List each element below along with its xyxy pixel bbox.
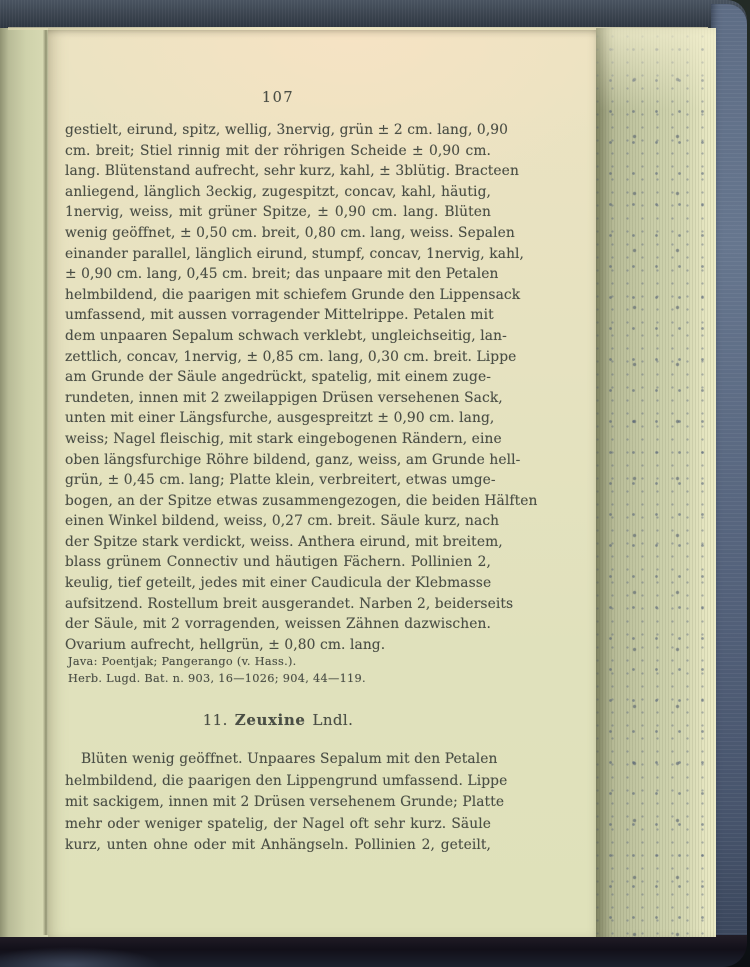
body-line: zettlich, concav, 1nervig, ± 0,85 cm. la… [65, 347, 491, 368]
body-line: Ovarium aufrecht, hellgrün, ± 0,80 cm. l… [65, 635, 491, 656]
scanned-book-photo: 107 gestielt, eirund, spitz, wellig, 3ne… [0, 0, 750, 967]
body-line: am Grunde der Säule angedrückt, spatelig… [65, 367, 491, 388]
body-line: blass grünem Connectiv und häutigen Fäch… [65, 552, 491, 573]
body-line: helmbildend, die paarigen mit schiefem G… [65, 285, 491, 306]
body-line: unten mit einer Längsfurche, ausgespreit… [65, 408, 491, 429]
body-line: 1nervig, weiss, mit grüner Spitze, ± 0,9… [65, 202, 491, 223]
body-line: der Spitze stark verdickt, weiss. Anther… [65, 532, 491, 553]
genus-section-heading: 11.ZeuxineLndl. [65, 711, 491, 733]
body-line: umfassend, mit aussen vorragender Mittel… [65, 305, 491, 326]
body-line: mit sackigem, innen mit 2 Drüsen versehe… [65, 792, 491, 814]
page-gutter-crease [43, 30, 48, 935]
body-line: keulig, tief geteilt, jedes mit einer Ca… [65, 573, 491, 594]
genus-description-paragraph: Blüten wenig geöffnet. Unpaares Sepalum … [65, 749, 491, 857]
body-line: rundeten, innen mit 2 zweilappigen Drüse… [65, 388, 491, 409]
book-cover-right-edge [711, 4, 747, 958]
body-line: helmbildend, die paarigen den Lippengrun… [65, 771, 491, 793]
author-abbreviation: Lndl. [312, 711, 353, 729]
species-description-paragraph: gestielt, eirund, spitz, wellig, 3nervig… [65, 120, 491, 655]
genus-name: Zeuxine [235, 711, 306, 729]
book-cover-bottom-edge [0, 935, 747, 967]
reference-line: Java: Poentjak; Pangerango (v. Hass.). [68, 654, 488, 671]
body-line: ± 0,90 cm. lang, 0,45 cm. breit; das unp… [65, 264, 491, 285]
locality-reference-block: Java: Poentjak; Pangerango (v. Hass.). H… [68, 654, 488, 687]
body-line: einander parallel, länglich eirund, stum… [65, 244, 491, 265]
book-cover-top-edge [0, 0, 747, 30]
body-line: Blüten wenig geöffnet. Unpaares Sepalum … [65, 749, 491, 771]
body-line: mehr oder weniger spatelig, der Nagel of… [65, 814, 491, 836]
body-line: kurz, unten ohne oder mit Anhängseln. Po… [65, 835, 491, 857]
body-line: der Säule, mit 2 vorragenden, weissen Zä… [65, 614, 491, 635]
heading-number: 11. [203, 711, 228, 729]
facing-page-edge [0, 28, 48, 937]
page-number: 107 [65, 90, 491, 106]
body-line: aufsitzend. Rostellum breit ausgerandet.… [65, 594, 491, 615]
body-line: anliegend, länglich 3eckig, zugespitzt, … [65, 182, 491, 203]
body-line: einen Winkel bildend, weiss, 0,27 cm. br… [65, 511, 491, 532]
body-line: weiss; Nagel fleischig, mit stark eingeb… [65, 429, 491, 450]
body-line: bogen, an der Spitze etwas zusammengezog… [65, 491, 491, 512]
page-stack-fore-edge [596, 28, 716, 937]
body-line: lang. Blütenstand aufrecht, sehr kurz, k… [65, 161, 491, 182]
reference-line: Herb. Lugd. Bat. n. 903, 16—1026; 904, 4… [68, 671, 488, 688]
body-line: grün, ± 0,45 cm. lang; Platte klein, ver… [65, 470, 491, 491]
body-line: wenig geöffnet, ± 0,50 cm. breit, 0,80 c… [65, 223, 491, 244]
body-line: dem unpaaren Sepalum schwach verklebt, u… [65, 326, 491, 347]
body-line: oben längsfurchige Röhre bildend, ganz, … [65, 450, 491, 471]
body-line: gestielt, eirund, spitz, wellig, 3nervig… [65, 120, 491, 141]
body-line: cm. breit; Stiel rinnig mit der röhrigen… [65, 141, 491, 162]
